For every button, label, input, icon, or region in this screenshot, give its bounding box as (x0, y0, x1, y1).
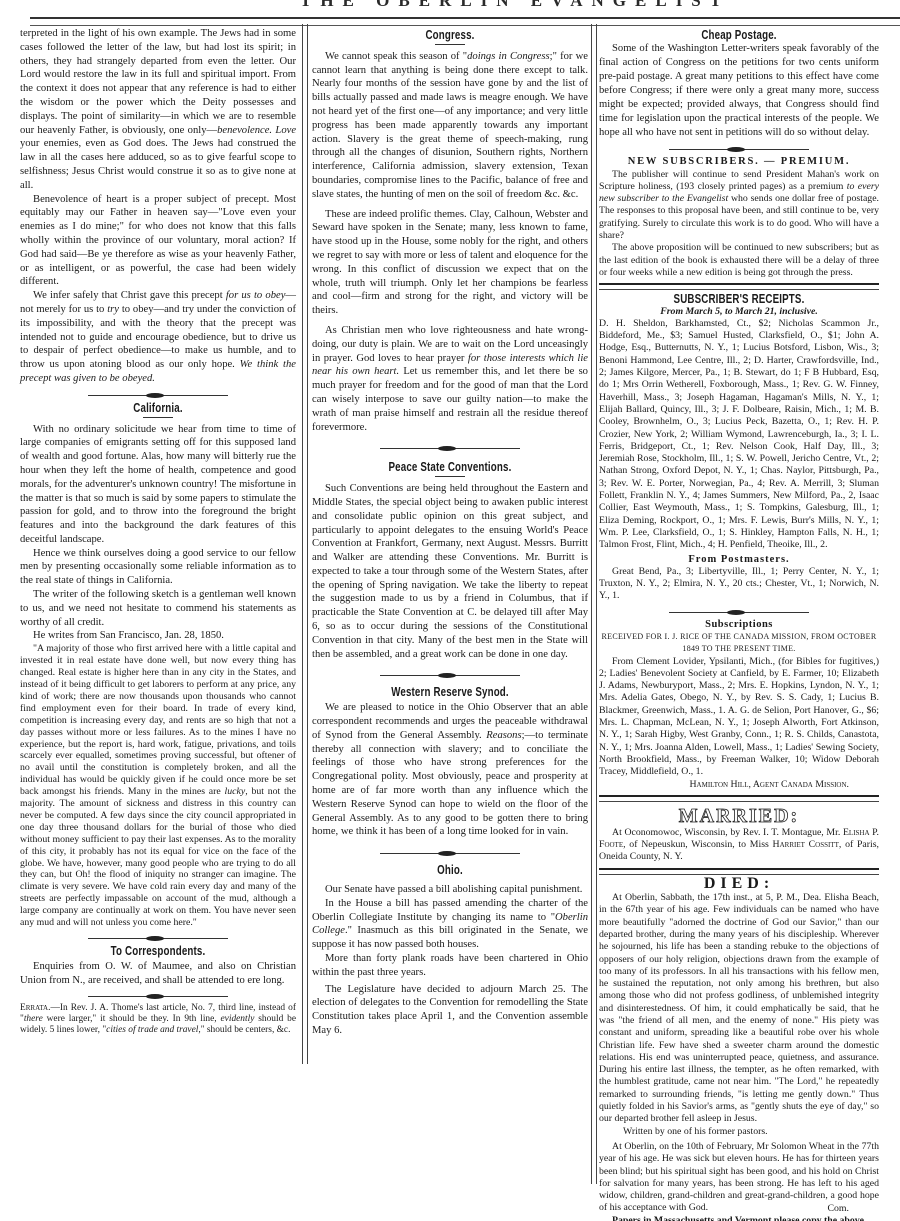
errata: Errata.—In Rev. J. A. Thome's last artic… (20, 1003, 296, 1036)
masthead-rule (30, 17, 900, 26)
receipts-date-range: From March 5, to March 21, inclusive. (599, 306, 879, 318)
heading-from-postmasters: From Postmasters. (599, 554, 879, 566)
article-paragraph: Hence we think ourselves doing a good se… (20, 547, 296, 588)
article-paragraph: We cannot speak this season of "doings i… (312, 50, 588, 202)
section-divider (669, 612, 809, 613)
article-paragraph: We are pleased to notice in the Ohio Obs… (312, 701, 588, 839)
section-divider (88, 938, 228, 939)
heading-died: DIED: (599, 878, 879, 890)
heading-underline (435, 44, 465, 45)
column-2: Congress. We cannot speak this season of… (312, 27, 588, 1038)
heading-peace-conventions: Peace State Conventions. (342, 461, 557, 475)
heading-subscriptions: Subscriptions (599, 619, 879, 631)
heading-underline (435, 476, 465, 477)
column-rule (591, 24, 597, 1184)
article-paragraph: The Legislature have decided to adjourn … (312, 983, 588, 1038)
article-paragraph: Such Conventions are being held througho… (312, 482, 588, 661)
article-paragraph: terpreted in the light of his own exampl… (20, 27, 296, 193)
article-paragraph: He writes from San Francisco, Jan. 28, 1… (20, 629, 296, 643)
heading-congress: Congress. (342, 29, 557, 43)
article-paragraph: The publisher will continue to send Pres… (599, 169, 879, 243)
section-divider (669, 149, 809, 150)
masthead: THE OBERLIN EVANGELIST (300, 0, 780, 7)
heading-underline (143, 417, 173, 418)
heading-correspondents: To Correspondents. (50, 945, 265, 959)
column-3: Cheap Postage. Some of the Washington Le… (599, 27, 879, 1221)
heading-california: California. (50, 402, 265, 416)
article-paragraph: Some of the Washington Letter-writers sp… (599, 42, 879, 140)
article-paragraph: With no ordinary solicitude we hear from… (20, 423, 296, 547)
article-paragraph: We infer safely that Christ gave this pr… (20, 289, 296, 386)
receipts-list: D. H. Sheldon, Barkhamsted, Ct., $2; Nic… (599, 318, 879, 552)
postmasters-list: Great Bend, Pa., 3; Libertyville, Ill., … (599, 566, 879, 603)
article-paragraph: Our Senate have passed a bill abolishing… (312, 883, 588, 897)
heading-subscriber-receipts: SUBSCRIBER'S RECEIPTS. (630, 293, 848, 305)
section-divider (380, 448, 520, 449)
section-divider (88, 996, 228, 997)
obituary-signature: Written by one of his former pastors. (599, 1126, 879, 1138)
heading-western-reserve-synod: Western Reserve Synod. (342, 686, 557, 700)
copy-request: Papers in Massachusetts and Vermont plea… (599, 1215, 879, 1221)
article-paragraph: The writer of the following sketch is a … (20, 588, 296, 629)
section-rule (599, 795, 879, 802)
column-1: terpreted in the light of his own exampl… (20, 27, 296, 1036)
heading-cheap-postage: Cheap Postage. (630, 29, 848, 41)
article-paragraph: In the House a bill has passed amending … (312, 897, 588, 952)
quoted-letter: "A majority of those who first arrived h… (20, 643, 296, 929)
column-rule (302, 24, 308, 1064)
subscriptions-list: From Clement Lovider, Ypsilanti, Mich., … (599, 656, 879, 779)
subscriptions-subheading: Received for I. J. Rice of the Canada Mi… (599, 631, 879, 656)
heading-new-subscribers: NEW SUBSCRIBERS. — PREMIUM. (599, 156, 879, 168)
article-paragraph: As Christian men who love righteousness … (312, 324, 588, 434)
section-divider (380, 853, 520, 854)
married-notice: At Oconomowoc, Wisconsin, by Rev. I. T. … (599, 827, 879, 864)
article-paragraph: More than forty plank roads have been ch… (312, 952, 588, 980)
section-divider (88, 395, 228, 396)
heading-married: MARRIED: (599, 805, 879, 827)
section-rule (599, 868, 879, 875)
article-paragraph: Benevolence of heart is a proper subject… (20, 193, 296, 290)
article-paragraph: Enquiries from O. W. of Maumee, and also… (20, 960, 296, 988)
section-rule (599, 283, 879, 290)
obituary: At Oberlin, Sabbath, the 17th inst., at … (599, 892, 879, 1126)
article-paragraph: These are indeed prolific themes. Clay, … (312, 208, 588, 318)
heading-ohio: Ohio. (342, 864, 557, 878)
signature: Hamilton Hill, Agent Canada Mission. (599, 779, 879, 791)
section-divider (380, 675, 520, 676)
article-paragraph: The above proposition will be continued … (599, 242, 879, 279)
